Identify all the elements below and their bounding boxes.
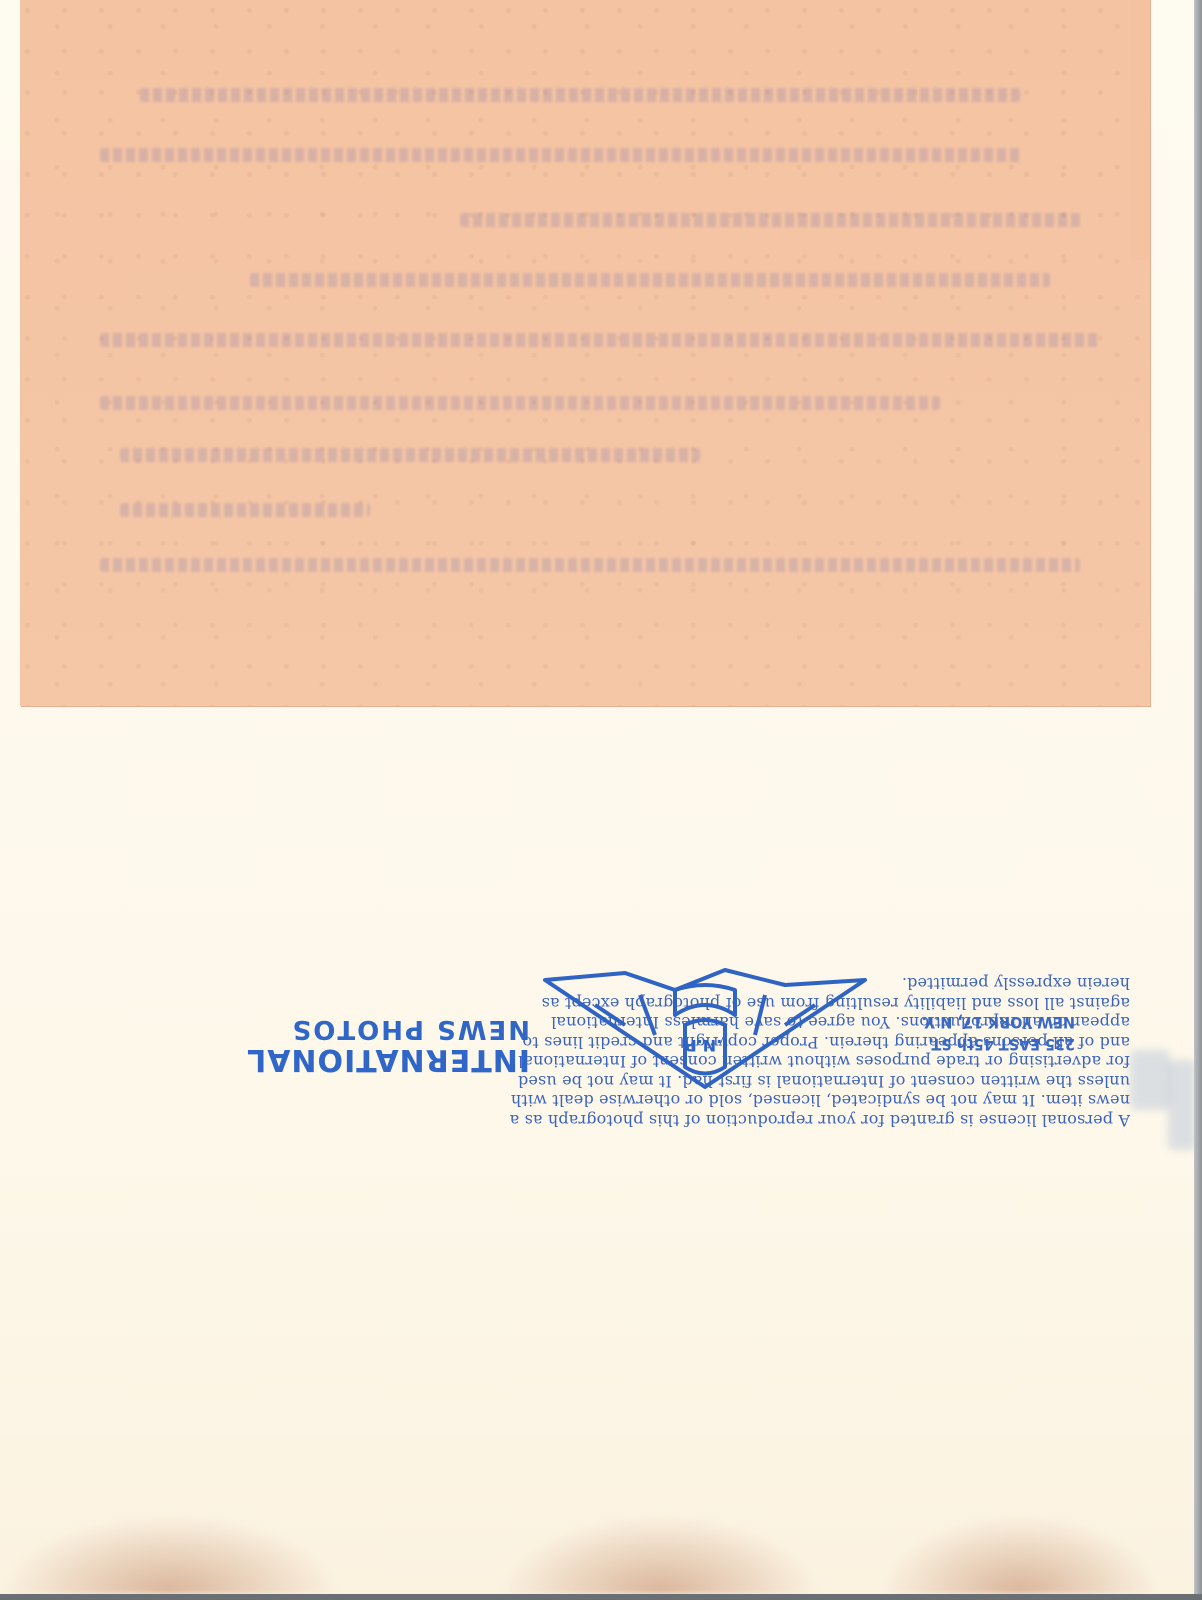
- license-line: A personal license is granted for your r…: [160, 1111, 1130, 1131]
- mountain-triangle-logo-icon: I.N.P.: [535, 965, 875, 1095]
- agency-name-line2: NEWS PHOTOS: [110, 1015, 530, 1043]
- water-stain: [0, 1514, 340, 1594]
- water-stain: [500, 1514, 820, 1594]
- bleed-through-line: [100, 333, 1100, 347]
- bleed-through-line: [140, 88, 1020, 102]
- agency-name-line1: INTERNATIONAL: [110, 1043, 530, 1075]
- bleed-through-line: [120, 448, 700, 462]
- address-line1: 235 EAST 45th ST.: [855, 1033, 1075, 1055]
- bleed-through-line: [100, 396, 940, 410]
- scanner-edge-bottom: [0, 1594, 1202, 1600]
- bleed-through-line: [250, 273, 1050, 287]
- bleed-through-line: [460, 213, 1080, 227]
- svg-text:I.N.P.: I.N.P.: [682, 1036, 728, 1055]
- scanner-edge-right: [1194, 0, 1202, 1600]
- agency-stamp: A personal license is granted for your r…: [150, 930, 1150, 1310]
- bleed-through-line: [100, 148, 1020, 162]
- attached-caption-slip: [20, 0, 1150, 706]
- slip-edge: [1130, 0, 1150, 260]
- agency-address: 235 EAST 45th ST. NEW YORK 17, N.Y.: [855, 1011, 1075, 1055]
- water-stain: [880, 1514, 1160, 1594]
- address-line2: NEW YORK 17, N.Y.: [855, 1011, 1075, 1033]
- ink-smudge: [1168, 1060, 1196, 1150]
- bleed-through-line: [100, 558, 1080, 572]
- bleed-through-line: [120, 503, 370, 517]
- agency-name: INTERNATIONAL NEWS PHOTOS: [110, 1015, 530, 1075]
